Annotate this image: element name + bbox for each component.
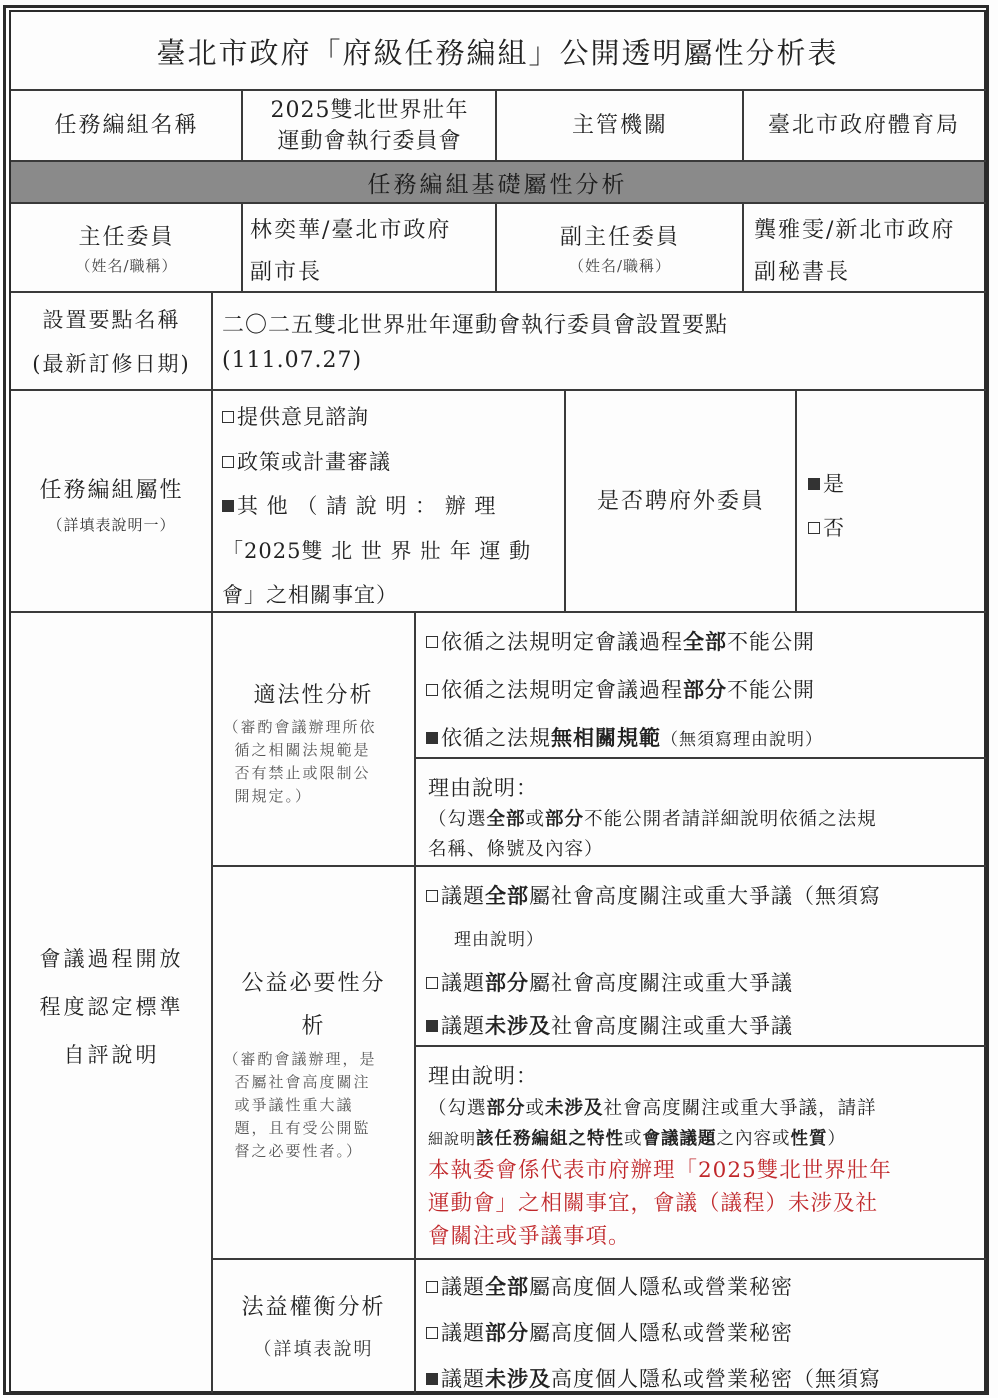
divider xyxy=(795,390,797,612)
label-text: 主任委員 xyxy=(78,221,174,255)
option-policy-review[interactable]: 政策或計畫審議 xyxy=(222,440,562,485)
hint-text: 之內容 xyxy=(717,1129,773,1149)
legality-option-partial[interactable]: 依循之法規明定會議過程部分不能公開 xyxy=(426,666,986,714)
public-interest-options: 議題全部屬社會高度關注或重大爭議（無須寫 理由說明） 議題部分屬社會高度關注或重… xyxy=(426,872,986,1042)
checkbox-unchecked-icon[interactable] xyxy=(222,411,234,423)
balance-options: 議題全部屬高度個人隱私或營業秘密 議題部分屬高度個人隱私或營業秘密 議題未涉及高… xyxy=(426,1264,986,1394)
vice-chair-label: 副主任委員 （姓名/職稱） xyxy=(497,204,743,292)
reason-label: 理由說明： xyxy=(428,771,984,805)
note-line: 否屬社會高度關注 xyxy=(224,1071,404,1094)
answer-line: 本執委會係代表市府辦理「2025雙北世界壯年 xyxy=(428,1154,984,1187)
chair-label: 主任委員 （姓名/職稱） xyxy=(11,204,242,292)
divider xyxy=(742,203,744,292)
hint-text: （勾選 xyxy=(428,809,487,830)
criteria-label: 會議過程開放 程度認定標準 自評說明 xyxy=(11,935,212,1085)
divider xyxy=(212,1258,986,1260)
option-text: 議題 xyxy=(441,1275,485,1299)
option-text: 屬社會高度關注或重大爭議（無須寫 xyxy=(529,884,881,908)
value-line: 林奕華/臺北市政府 xyxy=(250,210,495,252)
hint-emphasis: 性質 xyxy=(791,1129,828,1149)
option-emphasis: 全部 xyxy=(485,1274,529,1299)
public-interest-option-partial[interactable]: 議題部分屬社會高度關注或重大爭議 xyxy=(426,960,986,1006)
label-line: (最新訂修日期) xyxy=(32,342,190,386)
option-text: 屬高度個人隱私或營業秘密 xyxy=(529,1275,793,1299)
checkbox-unchecked-icon[interactable] xyxy=(426,1281,438,1293)
banner-text: 任務編組基礎屬性分析 xyxy=(368,166,628,199)
divider xyxy=(11,611,986,613)
divider xyxy=(415,1045,986,1047)
hint-text: （勾選 xyxy=(428,1098,487,1119)
divider xyxy=(414,612,416,1393)
public-interest-answer: 本執委會係代表市府辦理「2025雙北世界壯年 運動會」之相關事宜，會議（議程）未… xyxy=(428,1154,984,1253)
reason-hint: 名稱、條號及內容） xyxy=(428,835,984,865)
option-label: 是 xyxy=(823,472,844,496)
option-advisory[interactable]: 提供意見諮詢 xyxy=(222,395,562,440)
answer-line: 會關注或爭議事項。 xyxy=(428,1220,984,1253)
regulation-value: 二〇二五雙北世界壯年運動會執行委員會設置要點 (111.07.27) xyxy=(222,308,982,388)
external-member-options: 是 否 xyxy=(808,462,978,552)
option-text: 議題 xyxy=(441,1321,485,1345)
label-line: 公益必要性分 xyxy=(241,962,385,1006)
legality-label: 適法性分析 （審酌會議辦理所依 循之相關法規範是 否有禁止或限制公 開規定。） xyxy=(213,676,414,826)
checkbox-unchecked-icon[interactable] xyxy=(426,977,438,989)
hint-text: 細說明 xyxy=(428,1130,476,1148)
checkbox-unchecked-icon[interactable] xyxy=(222,456,234,468)
option-text: 依循之法規明定會議過程 xyxy=(441,678,683,702)
option-text: 不能公開 xyxy=(727,678,815,702)
option-text: 依循之法規 xyxy=(441,726,551,750)
checkbox-checked-icon[interactable] xyxy=(808,478,820,490)
public-interest-option-all[interactable]: 議題全部屬社會高度關注或重大爭議（無須寫 xyxy=(426,872,986,920)
public-interest-reason: 理由說明： （勾選部分或未涉及社會高度關注或重大爭議，請詳 細說明該任務編組之特… xyxy=(428,1058,984,1256)
legality-note: （審酌會議辦理所依 循之相關法規範是 否有禁止或限制公 開規定。） xyxy=(224,716,404,808)
note-line: 題，且有受公開監 xyxy=(224,1117,404,1140)
note-line: 循之相關法規範是 xyxy=(224,739,404,762)
hint-emphasis: 該任務編組之特性 xyxy=(476,1129,624,1149)
balance-option-partial[interactable]: 議題部分屬高度個人隱私或營業秘密 xyxy=(426,1310,986,1356)
value-text: 臺北市政府體育局 xyxy=(768,109,960,143)
reason-hint: 細說明該任務編組之特性或會議議題之內容或性質） xyxy=(428,1124,984,1154)
note-line: 督之必要性者。） xyxy=(224,1140,404,1163)
option-label: 提供意見諮詢 xyxy=(237,405,369,429)
agency-value: 臺北市政府體育局 xyxy=(744,91,984,160)
hint-emphasis: 會議議題 xyxy=(643,1129,717,1149)
sublabel-text: （姓名/職稱） xyxy=(569,255,671,276)
reason-hint: （勾選全部或部分不能公開者請詳細說明依循之法規 xyxy=(428,805,984,835)
option-label: 其 他 （ 請 說 明 ： 辦 理 xyxy=(237,494,496,518)
hint-emphasis: 未涉及 xyxy=(545,1098,604,1119)
option-emphasis: 未涉及 xyxy=(485,1366,551,1391)
checkbox-unchecked-icon[interactable] xyxy=(808,522,820,534)
note-line: （審酌會議辦理，是 xyxy=(224,1048,404,1071)
legality-reason: 理由說明： （勾選全部或部分不能公開者請詳細說明依循之法規 名稱、條號及內容） xyxy=(428,771,984,866)
divider xyxy=(241,203,243,292)
legality-options: 依循之法規明定會議過程全部不能公開 依循之法規明定會議過程部分不能公開 依循之法… xyxy=(426,618,986,758)
option-other-detail: 「2025雙 北 世 界 壯 年 運 動 xyxy=(222,529,562,574)
option-text: 屬高度個人隱私或營業秘密 xyxy=(529,1321,793,1345)
note-line: 或爭議性重大議 xyxy=(224,1094,404,1117)
divider xyxy=(415,757,986,759)
option-text: 不能公開 xyxy=(727,630,815,654)
option-text: 議題 xyxy=(441,1367,485,1391)
divider xyxy=(212,865,986,867)
label-text: 主管機關 xyxy=(572,109,668,143)
checkbox-checked-icon[interactable] xyxy=(426,1373,438,1385)
hint-emphasis: 部分 xyxy=(487,1098,526,1119)
reason-hint: （勾選部分或未涉及社會高度關注或重大爭議，請詳 xyxy=(428,1094,984,1124)
option-text: 議題 xyxy=(441,971,485,995)
label-line: 會議過程開放 xyxy=(40,935,184,983)
checkbox-checked-icon[interactable] xyxy=(222,500,234,512)
external-member-label: 是否聘府外委員 xyxy=(566,391,796,612)
option-emphasis: 未涉及 xyxy=(485,1013,551,1038)
checkbox-unchecked-icon[interactable] xyxy=(426,636,438,648)
option-label: 否 xyxy=(823,516,844,540)
balance-option-all[interactable]: 議題全部屬高度個人隱私或營業秘密 xyxy=(426,1264,986,1310)
sublabel-text: （詳填表說明一） xyxy=(47,514,175,535)
option-text: 議題 xyxy=(441,1014,485,1038)
label-line: 析 xyxy=(301,1006,325,1048)
title-text: 臺北市政府「府級任務編組」公開透明屬性分析表 xyxy=(156,31,838,72)
sublabel-text: （詳填表說明 xyxy=(254,1330,374,1370)
note-line: 否有禁止或限制公 xyxy=(224,762,404,785)
task-group-name-label: 任務編組名稱 xyxy=(11,91,242,160)
public-interest-option-none[interactable]: 議題未涉及社會高度關注或重大爭議 xyxy=(426,1006,986,1046)
label-text: 是否聘府外委員 xyxy=(597,485,765,519)
chair-value: 林奕華/臺北市政府 副市長 xyxy=(250,210,495,292)
vice-chair-value: 龔雅雯/新北市政府 副秘書長 xyxy=(754,210,986,292)
hint-text: 社會高度關注或重大爭議，請詳 xyxy=(604,1098,877,1119)
label-text: 任務編組屬性 xyxy=(39,468,183,514)
hint-text: 或 xyxy=(526,1098,546,1119)
label-text: 任務編組名稱 xyxy=(54,109,198,143)
legality-option-all[interactable]: 依循之法規明定會議過程全部不能公開 xyxy=(426,618,986,666)
option-emphasis: 全部 xyxy=(683,629,727,654)
label-text: 副主任委員 xyxy=(560,221,680,255)
answer-line: 運動會」之相關事宜，會議（議程）未涉及社 xyxy=(428,1187,984,1220)
value-line: 二〇二五雙北世界壯年運動會執行委員會設置要點 xyxy=(222,308,982,343)
regulation-label: 設置要點名稱 (最新訂修日期) xyxy=(11,293,212,390)
hint-emphasis: 部分 xyxy=(545,809,584,830)
hint-emphasis: 全部 xyxy=(487,809,526,830)
option-emphasis: 無相關規範 xyxy=(551,725,661,750)
value-line: 龔雅雯/新北市政府 xyxy=(754,210,986,252)
page-title: 臺北市政府「府級任務編組」公開透明屬性分析表 xyxy=(11,12,984,90)
public-interest-note: （審酌會議辦理，是 否屬社會高度關注 或爭議性重大議 題，且有受公開監 督之必要… xyxy=(224,1048,404,1163)
attribute-options: 提供意見諮詢 政策或計畫審議 其 他 （ 請 說 明 ： 辦 理 「2025雙 … xyxy=(222,395,562,610)
hint-text: 不能公開者請詳細說明依循之法規 xyxy=(584,809,877,830)
value-line: 運動會執行委員會 xyxy=(277,126,461,157)
option-emphasis: 全部 xyxy=(485,883,529,908)
option-continuation: 理由說明） xyxy=(426,920,986,960)
value-line: (111.07.27) xyxy=(222,343,982,378)
label-line: 自評說明 xyxy=(64,1031,160,1079)
option-yes[interactable]: 是 xyxy=(808,462,978,506)
section-banner: 任務編組基礎屬性分析 xyxy=(11,162,984,202)
reason-label: 理由說明： xyxy=(428,1058,984,1094)
hint-text: 或 xyxy=(526,809,546,830)
option-text: 議題 xyxy=(441,884,485,908)
option-emphasis: 部分 xyxy=(683,677,727,702)
option-text: （無須寫理由說明） xyxy=(661,730,823,750)
hint-text: ） xyxy=(828,1129,847,1149)
option-emphasis: 部分 xyxy=(485,1320,529,1345)
option-label: 政策或計畫審議 xyxy=(237,450,391,474)
checkbox-checked-icon[interactable] xyxy=(426,732,438,744)
sublabel-text: （姓名/職稱） xyxy=(75,255,177,276)
option-no[interactable]: 否 xyxy=(808,506,978,550)
note-line: （審酌會議辦理所依 xyxy=(224,716,404,739)
task-group-name-value: 2025雙北世界壯年 運動會執行委員會 xyxy=(243,91,496,160)
note-line: 開規定。） xyxy=(224,785,404,808)
value-line: 2025雙北世界壯年 xyxy=(271,95,469,126)
option-other[interactable]: 其 他 （ 請 說 明 ： 辦 理 xyxy=(222,484,562,529)
checkbox-unchecked-icon[interactable] xyxy=(426,684,438,696)
agency-label: 主管機關 xyxy=(497,91,743,160)
balance-label: 法益權衡分析 （詳填表說明 xyxy=(213,1286,414,1386)
checkbox-checked-icon[interactable] xyxy=(426,1020,438,1032)
option-text: 屬社會高度關注或重大爭議 xyxy=(529,971,793,995)
value-line: 副市長 xyxy=(250,252,495,294)
label-text: 法益權衡分析 xyxy=(241,1286,385,1330)
option-text: 社會高度關注或重大爭議 xyxy=(551,1014,793,1038)
public-interest-label: 公益必要性分 析 （審酌會議辦理，是 否屬社會高度關注 或爭議性重大議 題，且有… xyxy=(213,962,414,1172)
attribute-label: 任務編組屬性 （詳填表說明一） xyxy=(11,391,212,612)
hint-text: 或 xyxy=(772,1129,791,1149)
option-emphasis: 部分 xyxy=(485,970,529,995)
checkbox-unchecked-icon[interactable] xyxy=(426,1327,438,1339)
value-line: 副秘書長 xyxy=(754,252,986,294)
checkbox-unchecked-icon[interactable] xyxy=(426,890,438,902)
option-text: 高度個人隱私或營業秘密（無須寫 xyxy=(551,1367,881,1391)
hint-text: 或 xyxy=(624,1129,643,1149)
option-text: 依循之法規明定會議過程 xyxy=(441,630,683,654)
label-line: 設置要點名稱 xyxy=(43,298,181,342)
balance-option-none[interactable]: 議題未涉及高度個人隱私或營業秘密（無須寫 xyxy=(426,1356,986,1398)
label-text: 適法性分析 xyxy=(253,676,373,716)
label-line: 程度認定標準 xyxy=(40,983,184,1031)
